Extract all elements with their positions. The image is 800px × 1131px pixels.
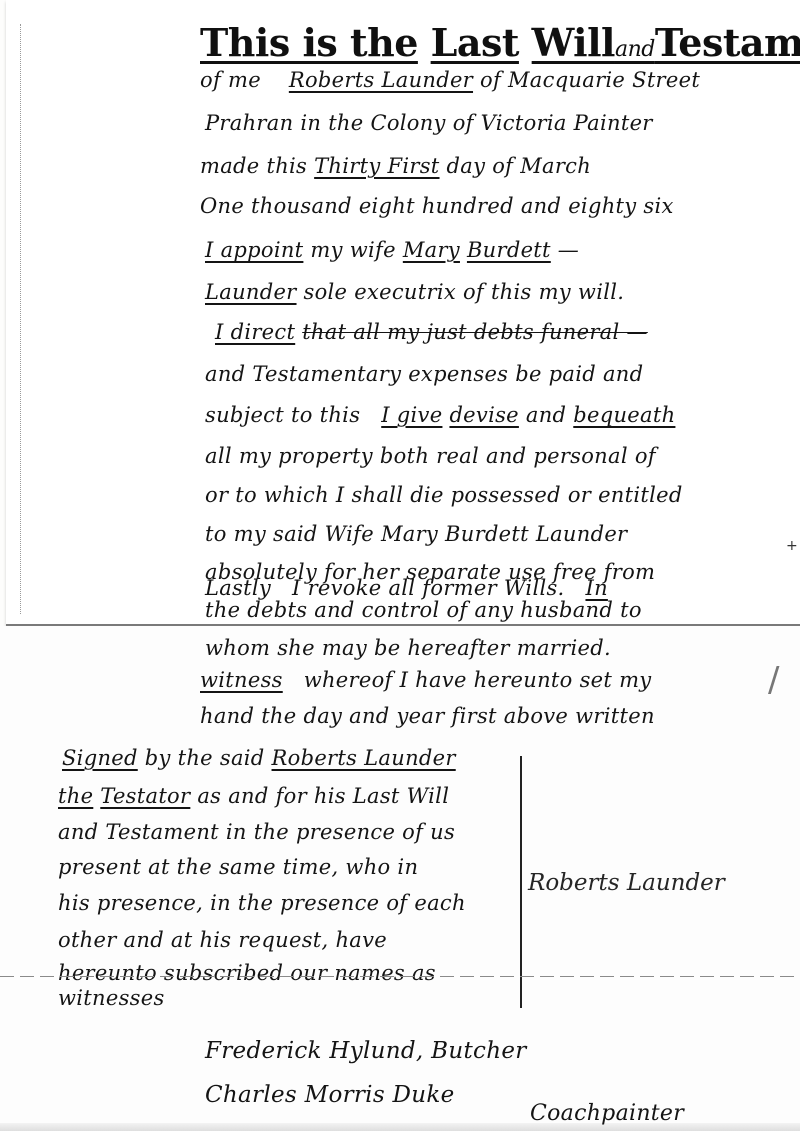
body-line-16: Lastly I revoke all former Wills. In <box>205 578 608 599</box>
body-line-14: the debts and control of any husband to <box>205 600 642 621</box>
body-line-1: of me Roberts Launder of Macquarie Stree… <box>200 70 700 91</box>
attestation-line-8: witnesses <box>58 988 165 1009</box>
lower-line-1: witness whereof I have hereunto set my <box>200 670 651 691</box>
witness-1: Frederick Hylund, Butcher <box>205 1040 527 1063</box>
witness-1-name: Frederick Hylund, <box>205 1038 424 1064</box>
attestation-line-6: other and at his request, have <box>58 930 387 951</box>
page-crease-line <box>0 976 800 977</box>
margin-plus-mark: + <box>786 538 798 554</box>
body-line-15: whom she may be hereafter married. <box>205 638 611 659</box>
body-line-11: or to which I shall die possessed or ent… <box>205 485 683 506</box>
margin-fold-line <box>20 24 22 614</box>
document-title: This is the Last WillandTestament <box>200 20 800 65</box>
body-line-6: Launder sole executrix of this my will. <box>205 282 624 303</box>
attestation-line-7: hereunto subscribed our names as <box>58 963 436 984</box>
lower-line-2: hand the day and year first above writte… <box>200 706 655 727</box>
witness-2-name: Charles Morris Duke <box>205 1084 455 1107</box>
testator-signature: Roberts Launder <box>528 870 725 896</box>
body-line-5: I appoint my wife Mary Burdett — <box>205 240 579 261</box>
attestation-line-5: his presence, in the presence of each <box>58 893 466 914</box>
attestation-line-1: Signed by the said Roberts Launder <box>62 748 456 769</box>
body-line-7: I direct that all my just debts funeral … <box>215 322 648 343</box>
testator-name: Roberts Launder <box>289 68 473 92</box>
witness-1-occupation: Butcher <box>431 1038 526 1064</box>
body-line-10: all my property both real and personal o… <box>205 446 656 467</box>
margin-slash-mark: / <box>768 660 779 700</box>
attestation-bracket <box>520 756 522 1008</box>
body-line-9: subject to this I give devise and bequea… <box>205 405 675 426</box>
body-line-12: to my said Wife Mary Burdett Launder <box>205 524 627 545</box>
witness-2-occupation: Coachpainter <box>530 1103 684 1125</box>
attestation-line-4: present at the same time, who in <box>58 857 418 878</box>
attestation-line-3: and Testament in the presence of us <box>58 822 455 843</box>
body-line-4: One thousand eight hundred and eighty si… <box>200 196 674 217</box>
body-line-8: and Testamentary expenses be paid and <box>205 364 643 385</box>
body-line-3: made this Thirty First day of March <box>200 156 591 177</box>
body-line-2: Prahran in the Colony of Victoria Painte… <box>205 113 653 134</box>
attestation-line-2: the Testator as and for his Last Will <box>58 786 449 807</box>
